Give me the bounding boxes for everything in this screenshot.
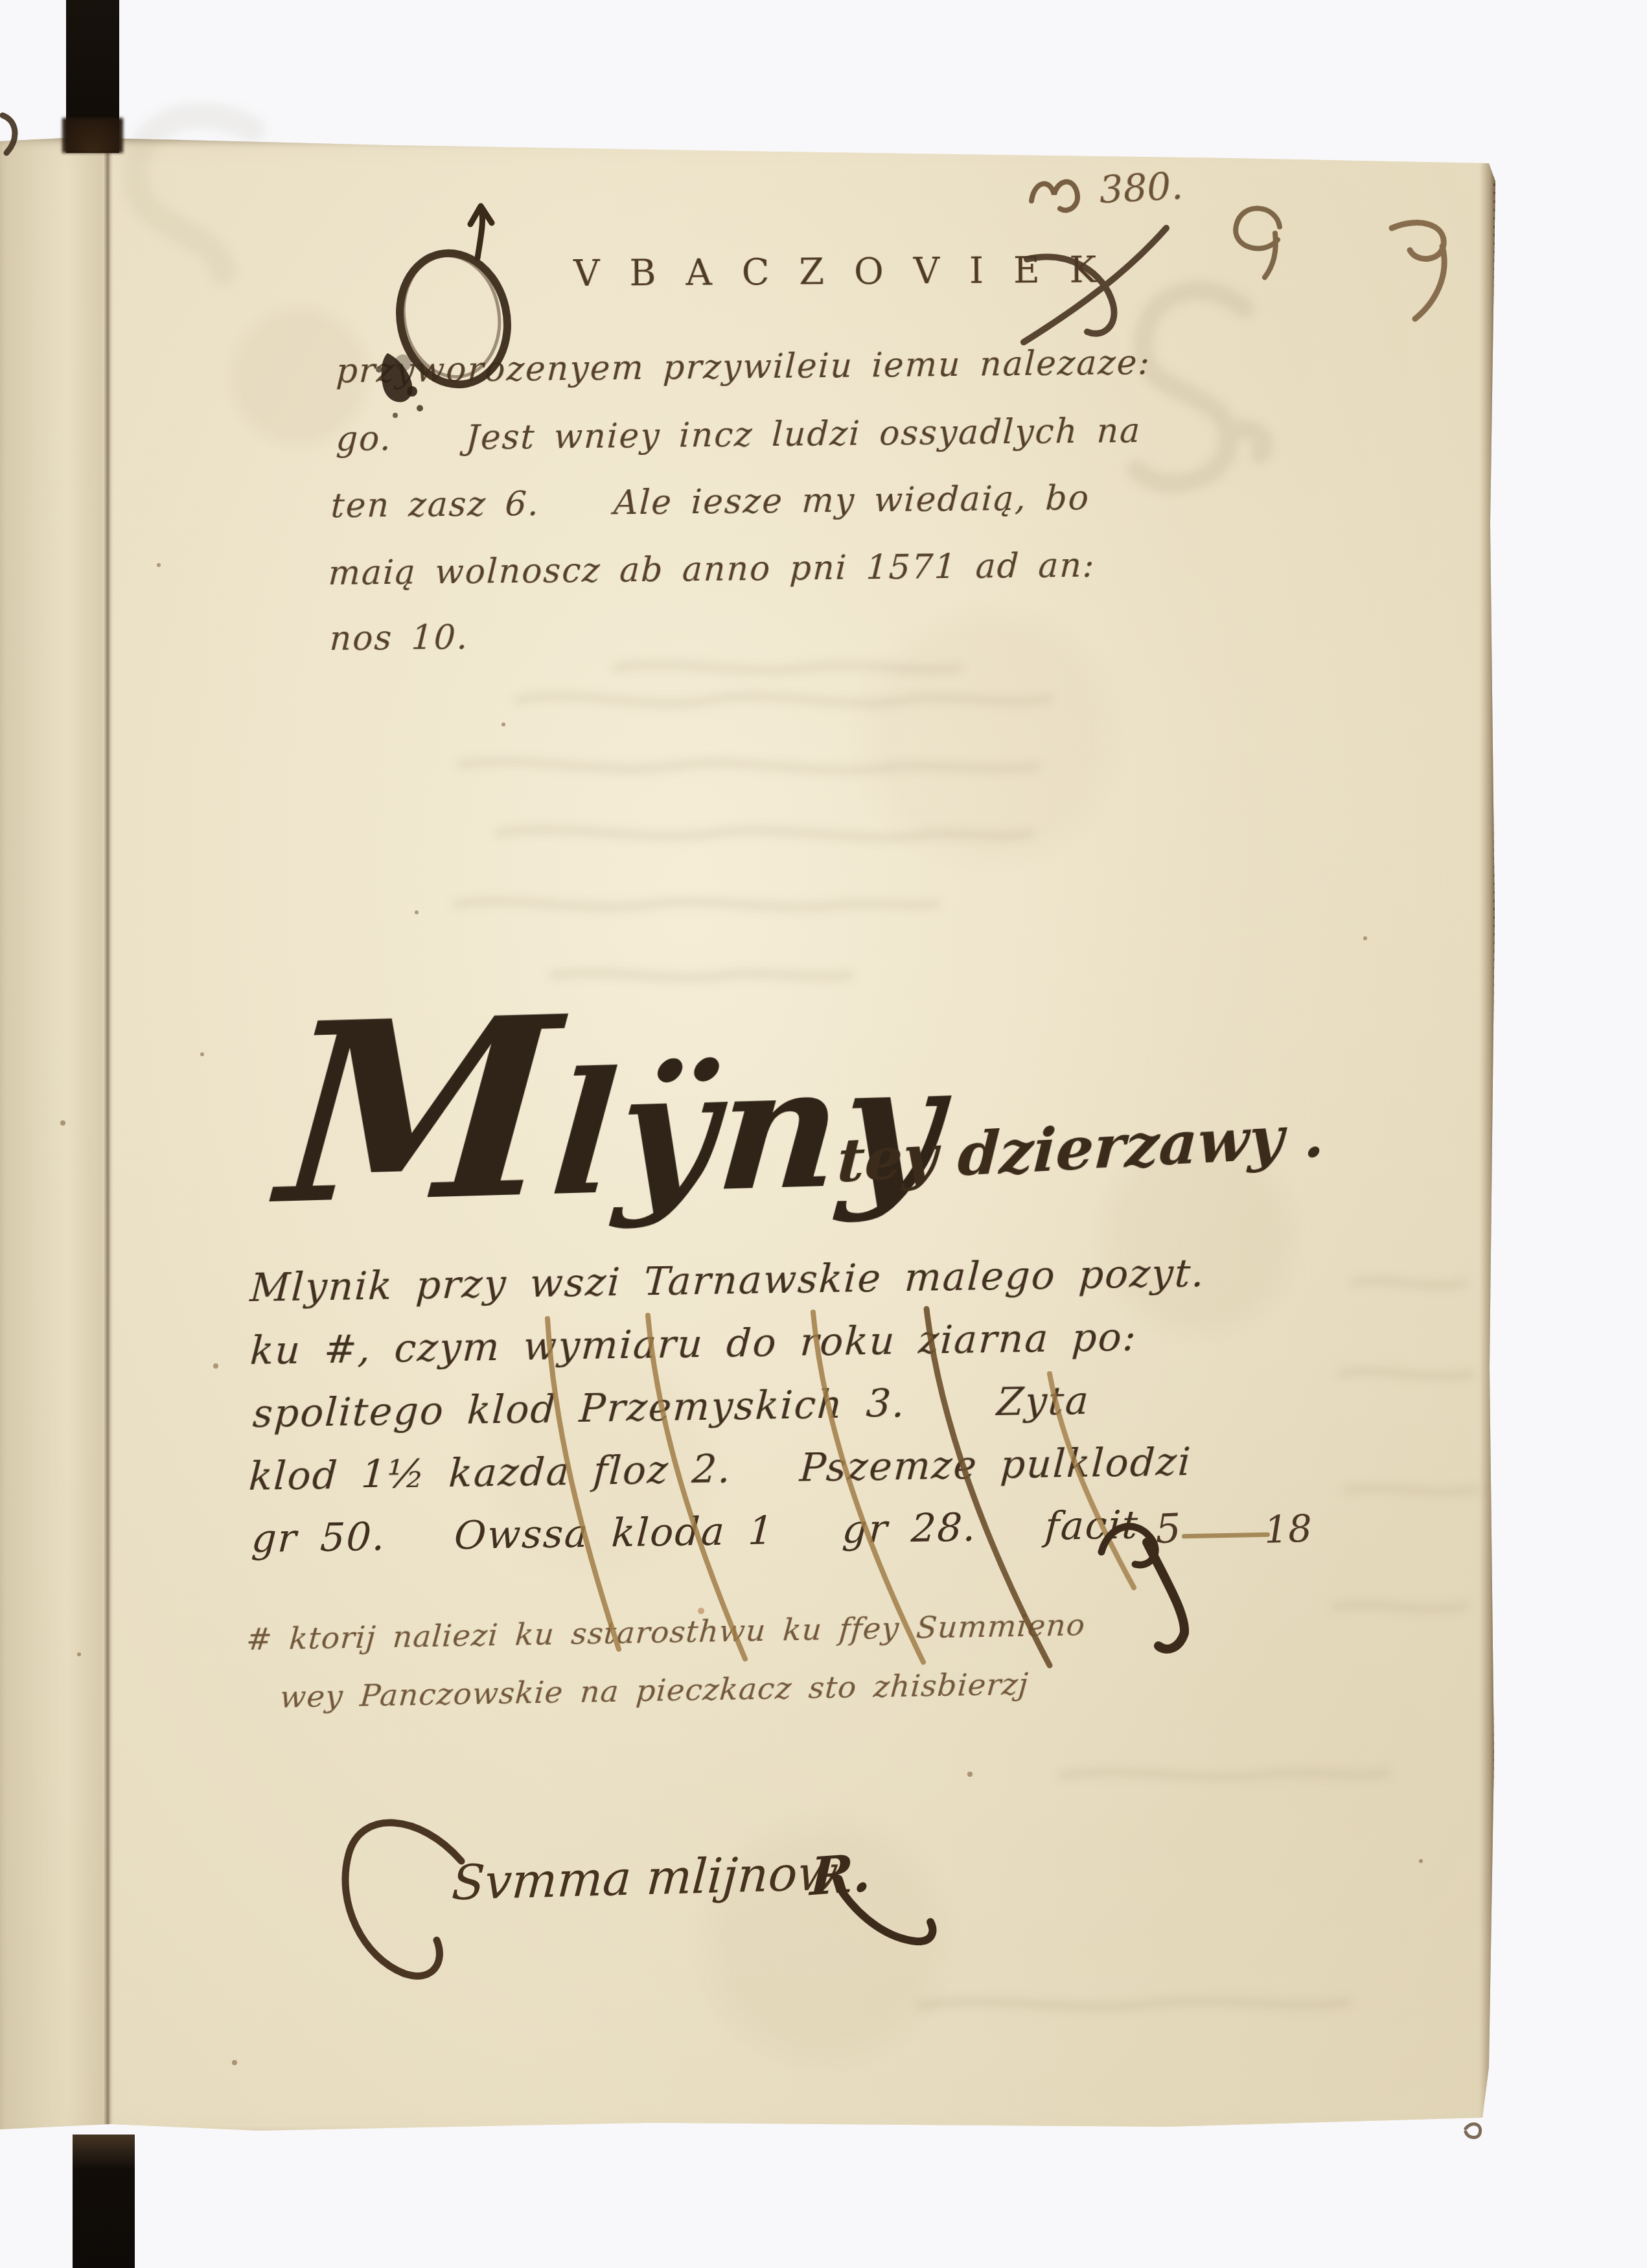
scanned-manuscript: 380. V B A C Z O V I E K przyworozenyem … <box>0 0 1647 2268</box>
heading-initial: M <box>271 962 566 1260</box>
page-gutter-crease <box>102 136 113 2140</box>
binding-tape-bottom <box>73 2135 135 2268</box>
binding-tape-top <box>66 0 119 153</box>
paragraph-1-line-5: nos 10. <box>329 619 470 658</box>
main-heading-large: Mlÿny <box>273 997 952 1234</box>
summa-text: Svmma mlijnow <box>450 1847 840 1910</box>
page-number: 380. <box>1098 165 1184 211</box>
paragraph-1-line-2: go. Jest wniey incz ludzi ossyadlych na <box>336 413 1142 458</box>
paragraph-1-line-4: maią wolnoscz ab anno pni 1571 ad an: <box>328 548 1096 593</box>
summa-suffix: R. <box>809 1844 872 1905</box>
paragraph-1-line-3: ten zasz 6. Ale iesze my wiedaią, bo <box>330 480 1091 525</box>
adjacent-page-strip <box>0 136 102 2140</box>
amount-right: 18 <box>1263 1508 1313 1551</box>
section-header: V B A C Z O V I E K <box>573 250 1106 294</box>
page-edge-right <box>1480 158 1498 2140</box>
paragraph-1-line-1: przyworozenyem przywileiu iemu nalezaze: <box>336 345 1152 390</box>
corner-mark <box>1466 2124 1480 2138</box>
amount-left: 5 <box>1155 1507 1182 1552</box>
